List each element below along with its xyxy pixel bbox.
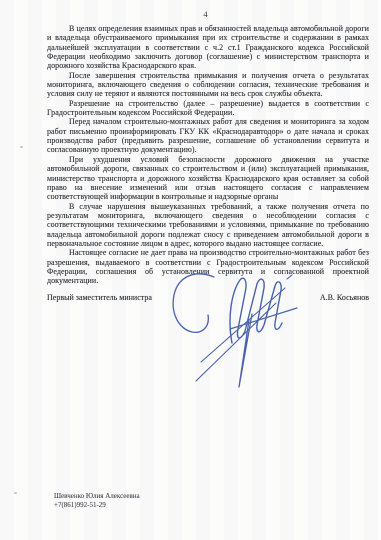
contact-phone: +7(861)992-51-29: [54, 501, 140, 510]
paragraph-monitoring-report: После завершения строительства примыкани…: [47, 71, 369, 99]
signature-block: Первый заместитель министра А.В. Косьяно…: [47, 293, 369, 302]
scan-speck: [14, 492, 17, 494]
contact-name: Шевченко Юлия Алексеевна: [54, 492, 140, 501]
paragraph-consent-limitation: Настоящее согласие не дает права на прои…: [47, 248, 369, 285]
contact-footer: Шевченко Юлия Алексеевна +7(861)992-51-2…: [54, 492, 140, 509]
page-number: 4: [30, 9, 381, 19]
paragraph-contract-requirement: В целях определения взаимных прав и обяз…: [47, 24, 369, 71]
scan-speck: [20, 146, 23, 148]
paragraph-violation-consequences: В случае нарушения вышеуказанных требова…: [47, 202, 369, 249]
document-page: 4 В целях определения взаимных прав и об…: [0, 0, 381, 540]
paragraph-safety-conditions: При ухудшения условий безопасности дорож…: [47, 155, 369, 202]
paragraph-construction-permit: Разрешение на строительство (далее – раз…: [47, 99, 369, 118]
signer-name: А.В. Косьянов: [320, 293, 369, 302]
document-body: В целях определения взаимных прав и обяз…: [47, 24, 369, 286]
paragraph-notify-before-works: Перед началом строительно-монтажных рабо…: [47, 117, 369, 154]
signer-title: Первый заместитель министра: [47, 293, 152, 302]
